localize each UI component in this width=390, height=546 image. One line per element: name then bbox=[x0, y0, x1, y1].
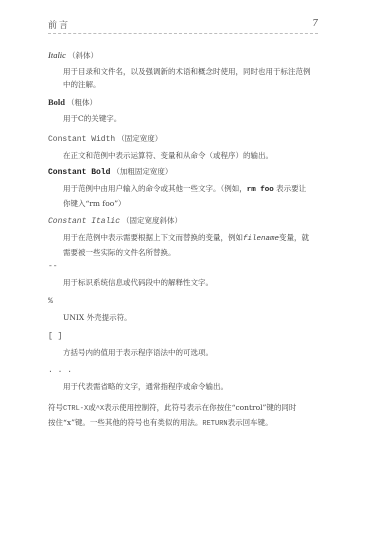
term-gloss: （固定宽度斜体） bbox=[122, 216, 182, 225]
description-line: UNIX 外壳提示符。 bbox=[63, 311, 321, 324]
inline-code: rm foo bbox=[247, 186, 274, 194]
description-line: 用于标识系统信息或代码段中的解释性文字。 bbox=[63, 276, 321, 289]
description-text: 用于在范例中表示需要根据上下文而替换的变量，例如 bbox=[63, 233, 243, 242]
note-text: 表示回车键。 bbox=[228, 418, 273, 427]
term-label: Bold bbox=[48, 97, 65, 107]
inline-code: RETURN bbox=[202, 420, 227, 428]
convention-term: Constant Width（固定宽度） bbox=[48, 133, 328, 145]
convention-term: % bbox=[48, 296, 328, 307]
description-line: 你键入“rm foo”） bbox=[63, 197, 321, 210]
convention-constant-width: Constant Width（固定宽度） 在正文和范例中表示运算符、变量和从命令… bbox=[48, 133, 328, 162]
convention-brackets: [ ] 方括号内的值用于表示程序语法中的可选项。 bbox=[48, 331, 328, 359]
description-line: 用于范例中由用户输入的命令或其他一些文字。（例如，rm foo 表示要让 bbox=[63, 182, 321, 197]
description-text: 用于范例中由用户输入的命令或其他一些文字。（例如， bbox=[63, 184, 247, 193]
convention-term: [ ] bbox=[48, 331, 328, 342]
term-label: -- bbox=[48, 262, 58, 271]
description-line: 用于在范例中表示需要根据上下文而替换的变量，例如filename变量，就 bbox=[63, 231, 321, 246]
control-key-note: 符号CTRL-X或^X表示使用控制符，此符号表示在你按住“control”键的同… bbox=[48, 401, 323, 431]
description-line: 在正文和范例中表示运算符、变量和从命令（或程序）的输出。 bbox=[63, 149, 321, 162]
convention-ellipsis: . . . 用于代表需省略的文字，通常指程序或命令输出。 bbox=[48, 365, 328, 393]
convention-term: . . . bbox=[48, 365, 328, 376]
term-gloss: （斜体） bbox=[68, 51, 98, 60]
convention-constant-italic: Constant Italic（固定宽度斜体） 用于在范例中表示需要根据上下文而… bbox=[48, 215, 328, 259]
convention-description: 用于标识系统信息或代码段中的解释性文字。 bbox=[63, 276, 321, 289]
term-label: % bbox=[48, 297, 53, 306]
convention-italic: Italic（斜体） 用于目录和文件名，以及强调新的术语和概念时使用，同时也用于… bbox=[48, 50, 328, 91]
book-page: 前言 7 Italic（斜体） 用于目录和文件名，以及强调新的术语和概念时使用，… bbox=[0, 0, 390, 546]
convention-bold: Bold（粗体） 用于C的关键字。 bbox=[48, 97, 328, 125]
header-divider bbox=[48, 33, 318, 34]
note-text: 表示使用控制符，此符号表示在你按住“control”键的同时 bbox=[104, 403, 296, 412]
convention-description: UNIX 外壳提示符。 bbox=[63, 311, 321, 324]
note-text: 符号 bbox=[48, 403, 63, 412]
inline-code: CTRL-X bbox=[63, 405, 88, 413]
page-number: 7 bbox=[312, 19, 318, 29]
convention-term: Italic（斜体） bbox=[48, 50, 328, 61]
term-label: Constant Italic bbox=[48, 217, 120, 226]
convention-description: 用于在范例中表示需要根据上下文而替换的变量，例如filename变量，就 需要被… bbox=[63, 231, 321, 259]
term-label: Italic bbox=[48, 50, 66, 60]
description-line: 中的注解。 bbox=[63, 78, 321, 91]
convention-description: 用于C的关键字。 bbox=[63, 112, 321, 125]
convention-term: -- bbox=[48, 261, 328, 272]
description-line: 用于C的关键字。 bbox=[63, 112, 321, 125]
description-line: 需要被一些实际的文件名所替换。 bbox=[63, 246, 321, 259]
term-label: Constant Bold bbox=[48, 168, 110, 177]
description-line: 用于代表需省略的文字，通常指程序或命令输出。 bbox=[63, 380, 321, 393]
note-line: 符号CTRL-X或^X表示使用控制符，此符号表示在你按住“control”键的同… bbox=[48, 401, 323, 416]
note-text: 按住“x”键。一些其他的符号也有类似的用法。 bbox=[48, 418, 202, 427]
term-gloss: （粗体） bbox=[67, 98, 97, 107]
inline-code: ^X bbox=[96, 405, 104, 413]
convention-term: Constant Italic（固定宽度斜体） bbox=[48, 215, 328, 227]
convention-term: Constant Bold（加粗固定宽度） bbox=[48, 166, 328, 178]
inline-code: filename bbox=[243, 235, 279, 243]
running-header: 前言 7 bbox=[48, 18, 318, 34]
convention-constant-bold: Constant Bold（加粗固定宽度） 用于范例中由用户输入的命令或其他一些… bbox=[48, 166, 328, 210]
convention-description: 在正文和范例中表示运算符、变量和从命令（或程序）的输出。 bbox=[63, 149, 321, 162]
description-text: 变量，就 bbox=[279, 233, 309, 242]
term-gloss: （加粗固定宽度） bbox=[112, 167, 172, 176]
convention-description: 用于范例中由用户输入的命令或其他一些文字。（例如，rm foo 表示要让 你键入… bbox=[63, 182, 321, 210]
description-text: 表示要让 bbox=[276, 184, 306, 193]
convention-comment-marker: -- 用于标识系统信息或代码段中的解释性文字。 bbox=[48, 261, 328, 289]
term-gloss: （固定宽度） bbox=[117, 134, 162, 143]
chapter-title: 前言 bbox=[48, 18, 70, 31]
convention-description: 用于代表需省略的文字，通常指程序或命令输出。 bbox=[63, 380, 321, 393]
description-line: 用于目录和文件名，以及强调新的术语和概念时使用，同时也用于标注范例 bbox=[63, 65, 321, 78]
convention-description: 用于目录和文件名，以及强调新的术语和概念时使用，同时也用于标注范例 中的注解。 bbox=[63, 65, 321, 91]
convention-term: Bold（粗体） bbox=[48, 97, 328, 108]
convention-shell-prompt: % UNIX 外壳提示符。 bbox=[48, 296, 328, 324]
term-label: . . . bbox=[48, 366, 72, 375]
note-text: 或 bbox=[88, 403, 96, 412]
convention-description: 方括号内的值用于表示程序语法中的可选项。 bbox=[63, 346, 321, 359]
term-label: [ ] bbox=[48, 332, 62, 341]
description-line: 方括号内的值用于表示程序语法中的可选项。 bbox=[63, 346, 321, 359]
note-line: 按住“x”键。一些其他的符号也有类似的用法。RETURN表示回车键。 bbox=[48, 416, 323, 431]
term-label: Constant Width bbox=[48, 135, 115, 144]
